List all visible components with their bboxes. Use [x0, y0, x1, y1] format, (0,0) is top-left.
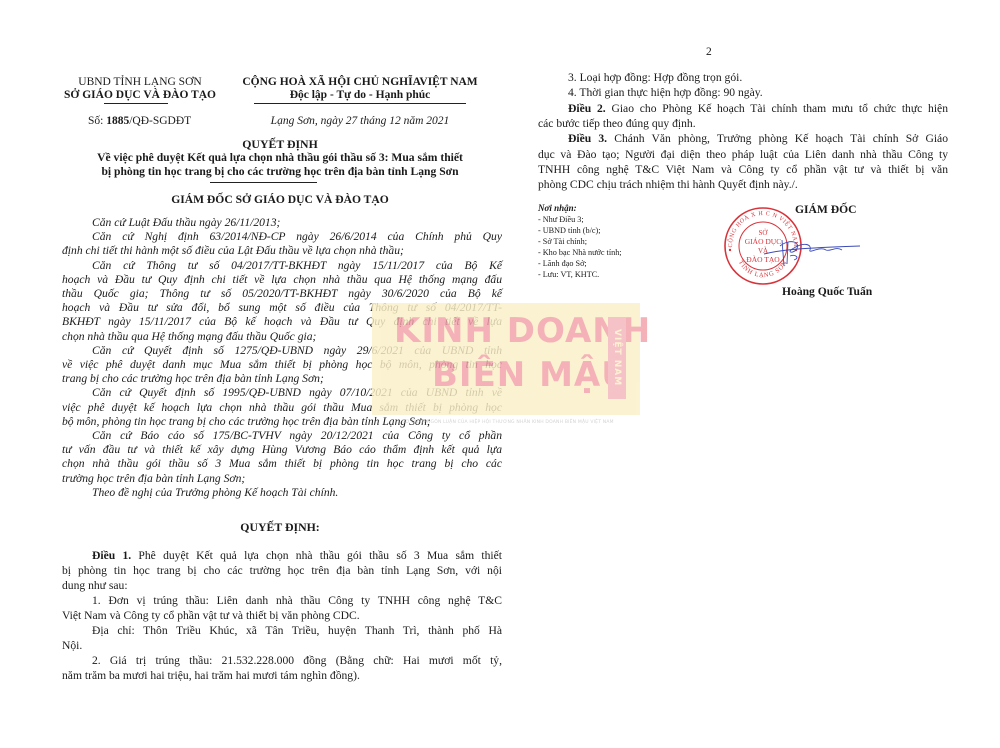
recipients: Nơi nhận: - Như Điều 3;- UBND tỉnh (b/c)…	[538, 203, 622, 280]
page-number: 2	[706, 46, 712, 58]
recipient-list: - Như Điều 3;- UBND tỉnh (b/c);- Sở Tài …	[538, 214, 622, 280]
recipient-item: - Sở Tài chính;	[538, 236, 622, 247]
legal-basis-line: hoạch và Đầu tư Quy định chi tiết về lựa…	[62, 272, 502, 287]
article-3-line: Điều 3. Chánh Văn phòng, Trưởng phòng Kế…	[568, 131, 948, 146]
article-1-line: Điều 1. Phê duyệt Kết quả lựa chọn nhà t…	[92, 548, 502, 563]
watermark-subtitle: CƠ QUAN NGÔN LUẬN CỦA HIỆP HỘI THƯƠNG NH…	[402, 420, 614, 425]
contract-value-line: năm trăm ba mươi hai triệu, hai trăm hai…	[62, 668, 360, 683]
doc-number-suffix: /QĐ-SGDĐT	[129, 115, 191, 127]
recipient-item: - UBND tỉnh (b/c);	[538, 225, 622, 236]
article-label: Điều 1.	[92, 549, 131, 562]
doc-number-label: Số:	[88, 115, 106, 127]
article-label: Điều 3.	[568, 132, 607, 145]
winner-line: Việt Nam và Công ty cổ phần vật tư và th…	[62, 608, 360, 623]
agency-parent: UBND TỈNH LẠNG SƠN	[60, 76, 220, 88]
motto: Độc lập - Tự do - Hạnh phúc	[215, 89, 505, 101]
signature-icon	[760, 232, 870, 272]
legal-basis-line: Căn cứ Báo cáo số 175/BC-TVHV ngày 20/12…	[92, 428, 502, 443]
article-text: Giao cho Phòng Kế hoạch Tài chính tham m…	[606, 102, 948, 115]
address-line: Nội.	[62, 638, 82, 653]
authority-heading: GIÁM ĐỐC SỞ GIÁO DỤC VÀ ĐÀO TẠO	[60, 193, 500, 206]
article-1-line: bị phòng tin học trang bị cho các trường…	[62, 563, 502, 578]
legal-basis-line: Căn cứ Nghị định 63/2014/NĐ-CP ngày 26/6…	[92, 229, 502, 244]
motto-underline	[254, 103, 466, 104]
agency-underline	[104, 103, 168, 104]
recipient-item: - Lưu: VT, KHTC.	[538, 269, 622, 280]
recipient-item: - Lãnh đạo Sở;	[538, 258, 622, 269]
article-text: Phê duyệt Kết quả lựa chọn nhà thầu gói …	[131, 549, 502, 562]
legal-basis-line: Căn cứ Thông tư số 04/2017/TT-BKHĐT ngày…	[92, 258, 502, 273]
legal-basis-line: trang bị cho các trường học trên địa bàn…	[62, 371, 324, 386]
place-date: Lạng Sơn, ngày 27 tháng 12 năm 2021	[240, 115, 480, 127]
article-1-line: dung như sau:	[62, 578, 128, 593]
subject-underline	[210, 182, 317, 183]
legal-basis-line: trường học trên địa bàn tỉnh Lạng Sơn;	[62, 471, 245, 486]
recipient-item: - Kho bạc Nhà nước tỉnh;	[538, 247, 622, 258]
doc-type: QUYẾT ĐỊNH	[60, 137, 500, 152]
contract-type: 3. Loại hợp đồng: Hợp đồng trọn gói.	[568, 70, 742, 85]
legal-basis-line: tư vấn đầu tư và thiết kế xây dựng Hùng …	[62, 442, 502, 457]
article-2-line: các bước tiếp theo đúng quy định.	[538, 116, 696, 131]
legal-basis-line: chọn nhà thầu qua Hệ thống mạng đấu thầu…	[62, 329, 316, 344]
agency-name: SỞ GIÁO DỤC VÀ ĐÀO TẠO	[55, 89, 225, 101]
article-3-line: dục và Đào tạo; Người đại diện theo pháp…	[538, 147, 948, 162]
article-3-line: TNHH công nghệ T&C Việt Nam và Công ty c…	[538, 162, 948, 177]
legal-basis-line: bộ môn, phòng tin học trang bị cho các t…	[62, 414, 431, 429]
legal-basis-line: Căn cứ Luật Đấu thầu ngày 26/11/2013;	[92, 215, 280, 230]
decision-heading: QUYẾT ĐỊNH:	[60, 520, 500, 535]
article-text: Chánh Văn phòng, Trưởng phòng Kế hoạch T…	[607, 132, 948, 145]
legal-basis-line: định chi tiết thi hành một số điều của L…	[62, 243, 404, 258]
doc-number-line: Số: 1885/QĐ-SGDĐT	[88, 115, 191, 127]
signer-title: GIÁM ĐỐC	[795, 203, 857, 216]
recipients-title: Nơi nhận:	[538, 203, 622, 214]
article-label: Điều 2.	[568, 102, 606, 115]
legal-basis-line: thầu Quốc gia; Thông tư số 05/2020/TT-BK…	[62, 286, 502, 301]
article-2-line: Điều 2. Giao cho Phòng Kế hoạch Tài chín…	[568, 101, 948, 116]
signer-name: Hoàng Quốc Tuấn	[782, 285, 872, 298]
watermark: KINH DOANH BIÊN MẬU VIỆT NAM CƠ QUAN NGÔ…	[372, 303, 640, 415]
recipient-item: - Như Điều 3;	[538, 214, 622, 225]
watermark-line-2: BIÊN MẬU	[432, 355, 630, 395]
address-line: Địa chỉ: Thôn Triều Khúc, xã Tân Triều, …	[92, 623, 502, 638]
subject-line-2: bị phòng tin học trang bị cho các trường…	[55, 165, 505, 178]
article-3-line: phòng CDC chịu trách nhiệm thi hành Quyế…	[538, 177, 798, 192]
legal-basis-line: chọn nhà thầu gói thầu số 3 Mua sắm thiế…	[62, 456, 502, 471]
legal-basis-line: Theo đề nghị của Trưởng phòng Kế hoạch T…	[92, 485, 338, 500]
subject-line-1: Về việc phê duyệt Kết quả lựa chọn nhà t…	[55, 151, 505, 164]
contract-value-line: 2. Giá trị trúng thầu: 21.532.228.000 đồ…	[92, 653, 502, 668]
watermark-vertical: VIỆT NAM	[608, 317, 626, 399]
winner-line: 1. Đơn vị trúng thầu: Liên danh nhà thầu…	[92, 593, 502, 608]
country-name: CỘNG HOÀ XÃ HỘI CHỦ NGHĨAVIỆT NAM	[215, 76, 505, 88]
doc-number: 1885	[106, 115, 129, 127]
contract-duration: 4. Thời gian thực hiện hợp đồng: 90 ngày…	[568, 85, 763, 100]
